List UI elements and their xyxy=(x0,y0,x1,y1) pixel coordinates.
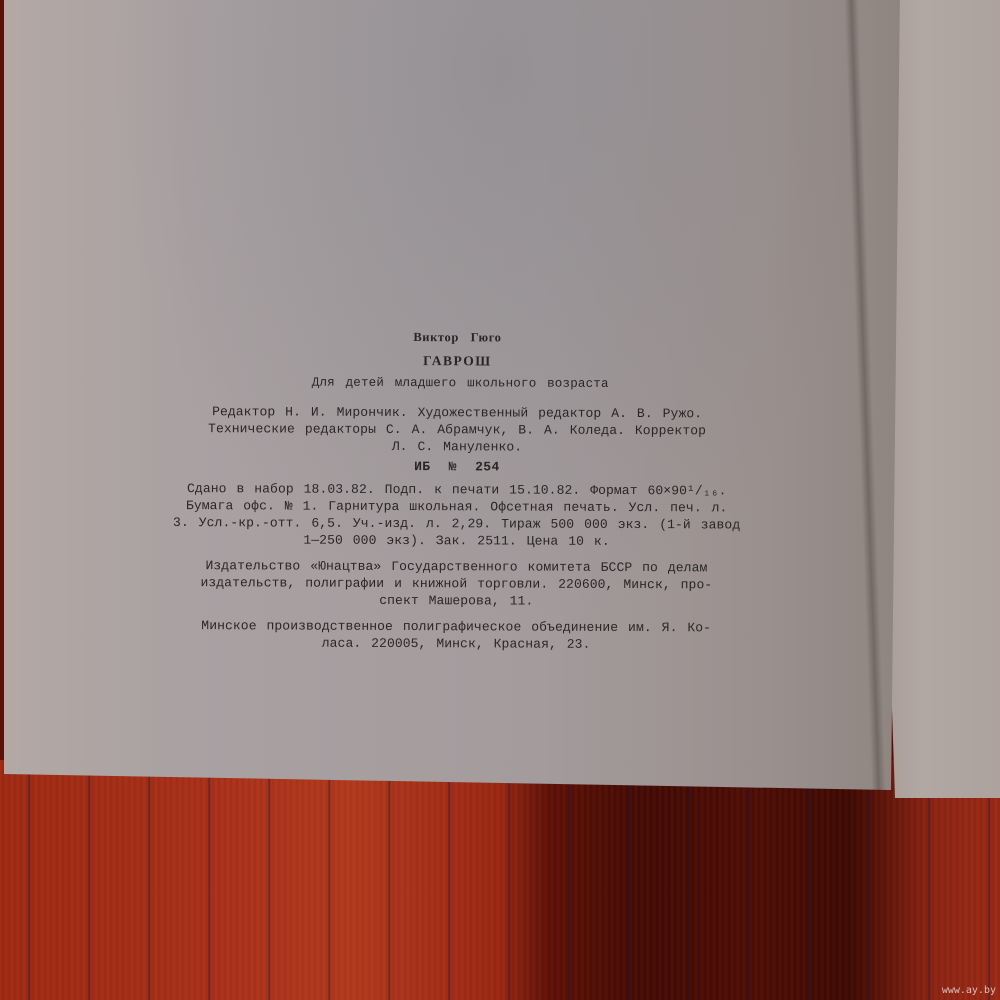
editors-line: Л. С. Мануленко. xyxy=(169,437,744,457)
site-watermark: www.ay.by xyxy=(942,985,996,996)
audience-note: Для детей младшего школьного возраста xyxy=(170,374,745,394)
editors-line: Технические редакторы С. А. Абрамчук, В.… xyxy=(170,420,745,440)
publisher-line: издательств, полиграфии и книжной торгов… xyxy=(169,574,744,594)
printer-paragraph: Минское производственное полиграфическое… xyxy=(169,617,744,654)
editors-paragraph: Редактор Н. И. Мирончик. Художественный … xyxy=(169,403,744,457)
colophon-block: Виктор Гюго ГАВРОШ Для детей младшего шк… xyxy=(169,328,745,657)
publisher-paragraph: Издательство «Юнацтва» Государственного … xyxy=(169,557,744,611)
author-name: Виктор Гюго xyxy=(170,328,745,348)
printer-line: Минское производственное полиграфическое… xyxy=(169,617,744,637)
print-details-line: 1—250 000 экз). Зак. 2511. Цена 10 к. xyxy=(169,531,744,551)
print-details-line: 3. Усл.-кр.-отт. 6,5. Уч.-изд. л. 2,29. … xyxy=(169,514,744,534)
ib-number: ИБ № 254 xyxy=(169,457,744,477)
red-textile-background xyxy=(0,760,1000,1000)
print-details-paragraph: Сдано в набор 18.03.82. Подп. к печати 1… xyxy=(169,480,744,551)
printer-line: ласа. 220005, Минск, Красная, 23. xyxy=(169,634,744,654)
publisher-line: спект Машерова, 11. xyxy=(169,591,744,611)
book-title: ГАВРОШ xyxy=(170,351,745,371)
